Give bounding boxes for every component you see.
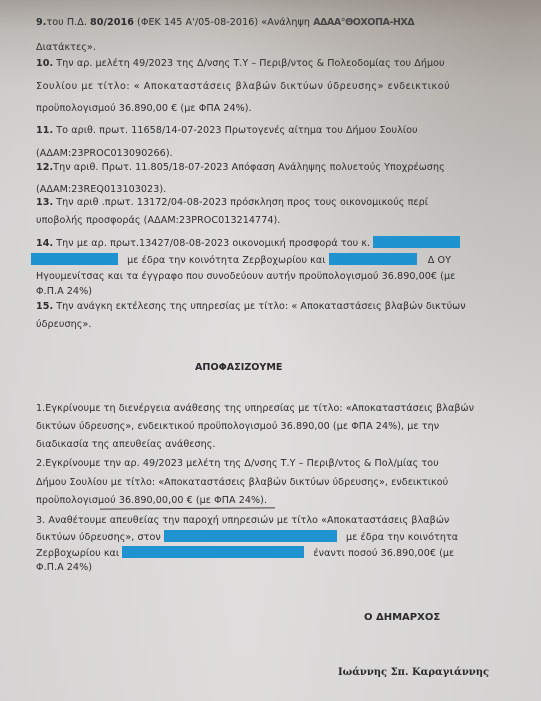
item-11-line-2: (ΑΔΑΜ:23PROC013090266). xyxy=(36,147,173,160)
item-number: 13. xyxy=(36,197,53,208)
item-13-line-2: υποβολής προσφοράς (ΑΔΑΜ:23PROC013214774… xyxy=(36,214,280,227)
item-number: 15. xyxy=(36,301,53,312)
decision-3-line-2: δικτύων ύδρευσης», στον με έδρα την κοιν… xyxy=(36,530,458,544)
item-15-line-2: ύδρευσης». xyxy=(36,318,91,331)
item-number: 10. xyxy=(36,58,53,69)
item-number: 9. xyxy=(36,17,46,28)
redacted-address xyxy=(122,546,304,558)
item-9-line-2: Διατάκτες». xyxy=(36,41,96,54)
decision-1-line-3: διαδικασία της απευθείας ανάθεσης. xyxy=(36,438,216,451)
item-10-line-3: προϋπολογισμού 36.890,00 € (με ΦΠΑ 24%). xyxy=(36,102,252,115)
item-12-line-1: 12.Την αριθ. Πρωτ. 11.805/18-07-2023 Από… xyxy=(36,161,445,174)
item-14-line-2: με έδρα την κοινότητα Ζερβοχωρίου και Δ … xyxy=(36,253,451,267)
decision-1-line-1: 1.Εγκρίνουμε τη διενέργεια ανάθεσης της … xyxy=(36,402,474,415)
decision-2-line-1: 2.Εγκρίνουμε την αρ. 49/2023 μελέτη της … xyxy=(36,457,439,470)
item-9-line-1: 9.του Π.Δ. 80/2016 (ΦΕΚ 145 Α'/05-08-201… xyxy=(36,16,414,29)
handwritten-underline xyxy=(100,507,275,509)
item-14-line-4: Φ.Π.Α 24%) xyxy=(36,285,92,298)
item-number: 12. xyxy=(36,162,53,173)
decision-heading: ΑΠΟΦΑΣΙΖΟΥΜΕ xyxy=(195,362,282,373)
item-11-line-1: 11. Το αριθ. πρωτ. 11658/14-07-2023 Πρωτ… xyxy=(36,124,418,137)
item-number: 14. xyxy=(36,238,53,249)
signature-name: Ιωάννης Σπ. Καραγιάννης xyxy=(338,667,489,678)
decision-2-line-2: Δήμου Σουλίου με τίτλο: «Αποκαταστάσεις … xyxy=(36,476,448,489)
redacted-contractor xyxy=(164,530,337,542)
item-12-line-2: (ΑΔΑΜ:23REQ013103023). xyxy=(36,183,166,196)
item-number: 11. xyxy=(36,125,53,136)
item-13-line-1: 13. Την αριθ .πρωτ. 13172/04-08-2023 πρό… xyxy=(36,196,428,209)
item-10-line-2: Σουλίου με τίτλο: « Αποκαταστάσεις βλαβώ… xyxy=(36,80,450,93)
decision-3-line-4: Φ.Π.Α 24%) xyxy=(36,561,92,574)
overprinted-text: ΑΔΑΑ°ΘΟΧΟΠΑ-ΗΧΔ xyxy=(313,17,414,28)
redacted-name xyxy=(31,253,118,265)
redacted-address xyxy=(329,253,417,265)
signature-title: Ο ΔΗΜΑΡΧΟΣ xyxy=(364,612,440,623)
decision-1-line-2: δικτύων ύδρευσης», ενδεικτικού προϋπολογ… xyxy=(36,420,439,433)
decision-3-line-1: 3. Αναθέτουμε απευθείας την παροχή υπηρε… xyxy=(36,514,449,527)
underlined-amount: 36.890,00,00 € (με ΦΠΑ 24%). xyxy=(119,495,267,506)
item-14-line-1: 14. Την με αρ. πρωτ.13427/08-08-2023 οικ… xyxy=(36,236,460,250)
redacted-name xyxy=(373,236,460,248)
item-14-line-3: Ηγουμενίτσας και τα έγγραφο που συνοδεύο… xyxy=(36,270,455,283)
item-15-line-1: 15. Την ανάγκη εκτέλεσης της υπηρεσίας μ… xyxy=(36,300,466,313)
decision-2-line-3: προϋπολογισμού 36.890,00,00 € (με ΦΠΑ 24… xyxy=(36,494,267,507)
item-10-line-1: 10. Την αρ. μελέτη 49/2023 της Δ/νσης Τ.… xyxy=(36,57,456,70)
decision-3-line-3: Ζερβοχωρίου και έναντι ποσού 36.890,00€ … xyxy=(36,546,454,560)
